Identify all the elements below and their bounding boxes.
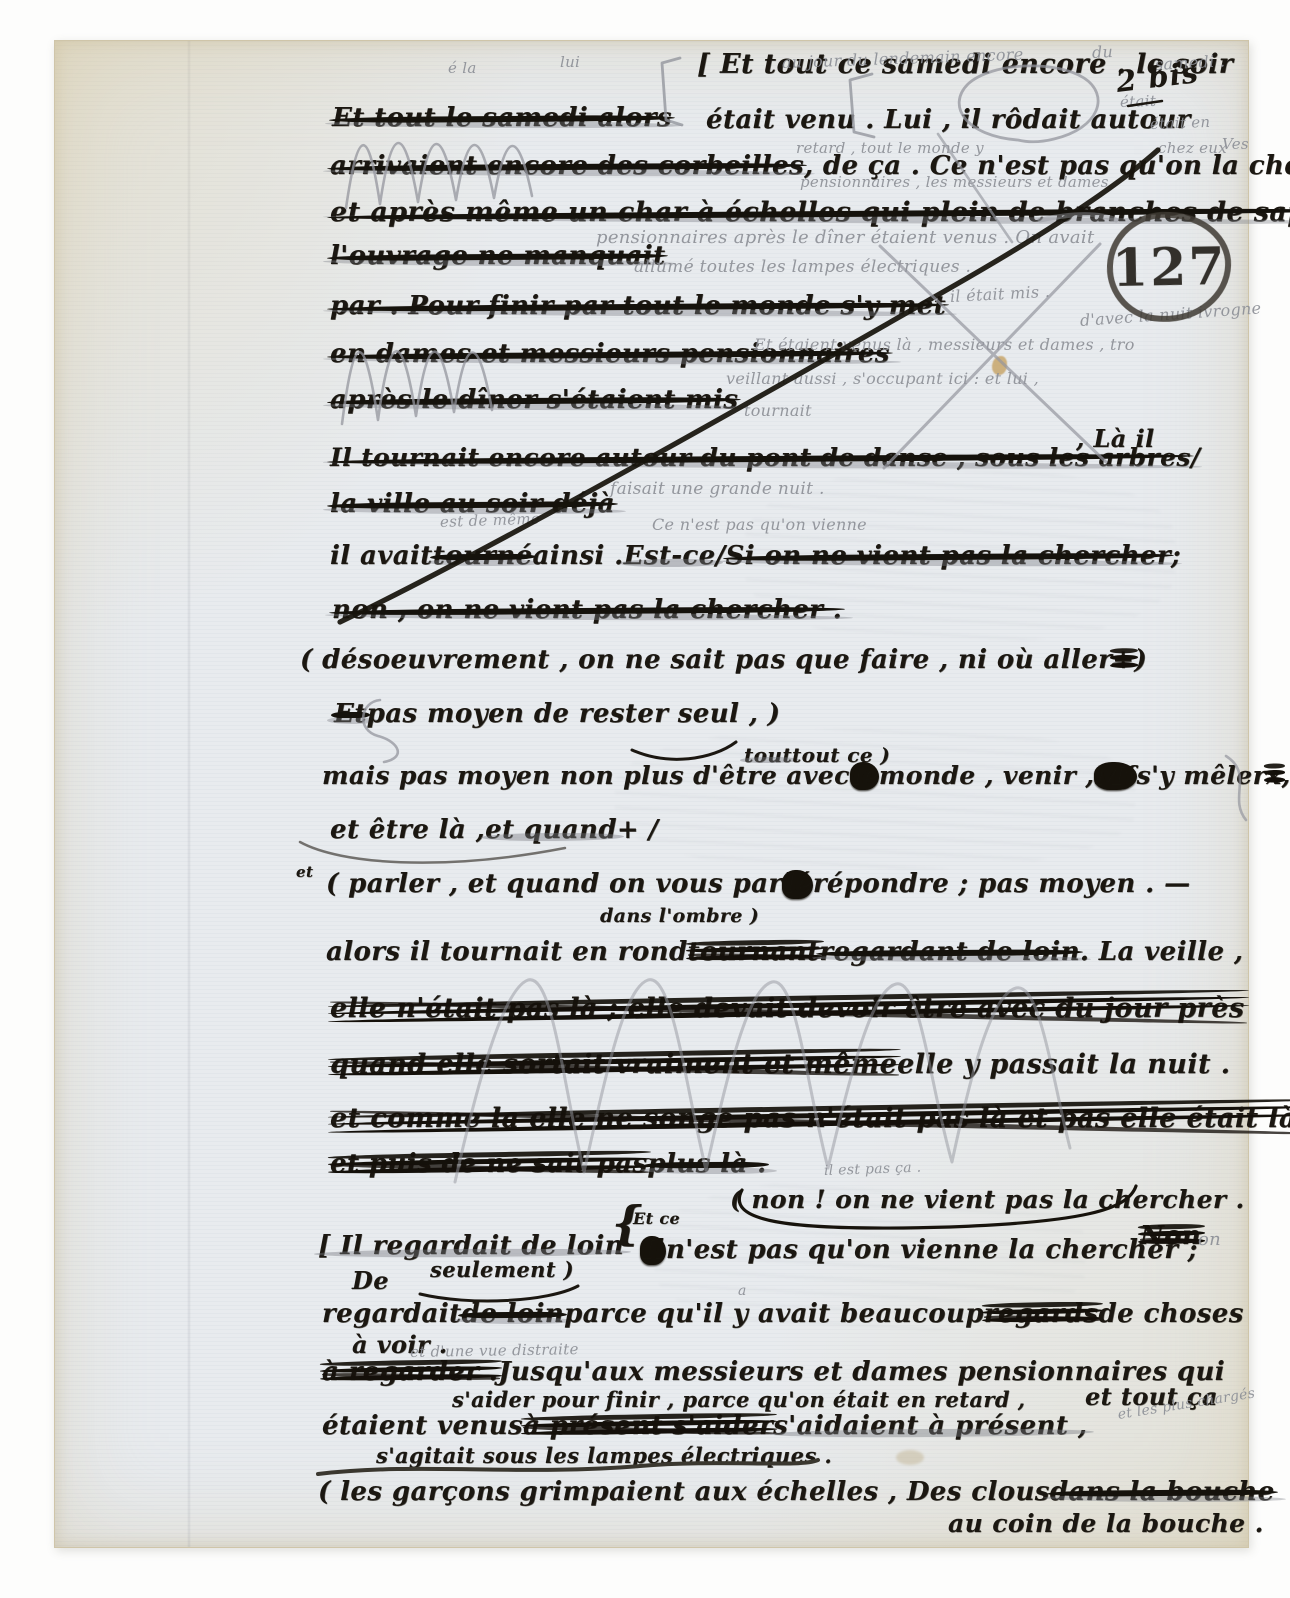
showthrough-smudge — [615, 729, 1135, 869]
paper-stain — [896, 1450, 924, 1465]
paper-fold-line — [187, 41, 191, 1547]
showthrough-smudge — [655, 1181, 1085, 1331]
manuscript-photo: [ Et tout ce samedi encore . le soirEt t… — [0, 0, 1290, 1598]
page-number: 127 — [1111, 236, 1227, 299]
showthrough-smudge — [745, 471, 1175, 641]
manuscript-page — [54, 40, 1249, 1548]
